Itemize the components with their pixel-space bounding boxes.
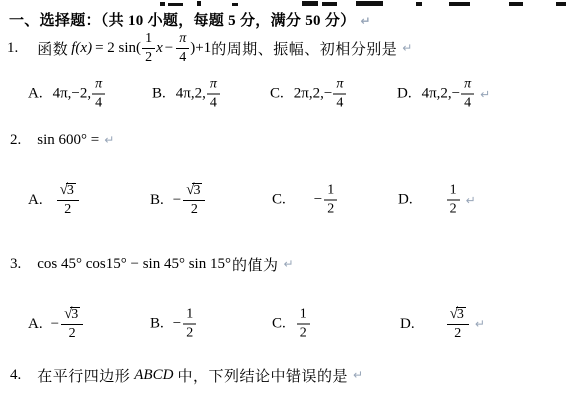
- fraction-one-half: 1 2: [324, 184, 337, 217]
- q2-option-c: C. − 1 2: [272, 184, 338, 217]
- question-1-post-text: 的周期、振幅、初相分别是: [211, 38, 397, 59]
- fraction-pi-fourth: π4: [461, 78, 474, 111]
- fraction-one-half: 1 2: [297, 308, 310, 341]
- question-4-number: 4.: [10, 367, 21, 384]
- paragraph-return-icon: ↵: [466, 193, 476, 207]
- question-3-stem: 3. cos 45° cos15° − sin 45° sin 15° 的值为 …: [10, 254, 294, 274]
- question-3-cn-text: 的值为: [232, 254, 279, 275]
- paragraph-return-icon: ↵: [480, 87, 490, 101]
- question-3-options: A. − √3 2 B. − 1 2 C. 1 2 D. √3: [0, 301, 576, 347]
- question-1-pre-text: 函数: [37, 38, 68, 59]
- question-2-stem: 2. sin 600° = ↵: [10, 131, 114, 149]
- q1-option-b: B. 4π,2, π4: [152, 78, 221, 111]
- fraction-sqrt3-over-2: √3 2: [61, 307, 83, 341]
- paragraph-return-icon: ↵: [475, 317, 485, 331]
- question-1-fx: f(x): [71, 40, 92, 57]
- question-1-tail: )+1: [190, 40, 211, 57]
- question-2-options: A. √3 2 B. − √3 2 C. − 1 2 D. 1: [0, 177, 576, 223]
- fraction-pi-fourth: π4: [207, 78, 220, 111]
- paragraph-return-icon: ↵: [353, 368, 363, 382]
- fraction-pi-fourth: π4: [92, 78, 105, 111]
- question-1-options: A. 4π,−2, π4 B. 4π,2, π4 C. 2π,2,− π4 D.…: [0, 75, 576, 113]
- fraction-bar: [142, 48, 155, 49]
- q2-option-d: D. 1 2 ↵: [398, 184, 476, 217]
- question-4-post-text: 中，下列结论中错误的是: [177, 365, 348, 386]
- fraction-one-half: 1 2: [447, 184, 460, 217]
- paragraph-return-icon: ↵: [402, 41, 412, 55]
- fraction-one-half: 1 2: [183, 308, 196, 341]
- section-heading: 一、选择题：（共 10 小题，每题 5 分，满分 50 分）↵: [9, 9, 371, 30]
- question-3-math: cos 45° cos15° − sin 45° sin 15°: [37, 256, 231, 273]
- q1-option-a: A. 4π,−2, π4: [28, 78, 106, 111]
- q3-option-a: A. − √3 2: [28, 307, 84, 341]
- question-2-text: sin 600° =: [37, 132, 99, 149]
- question-1-mid: = 2 sin(: [95, 40, 141, 57]
- option-value: 2π,2,−: [294, 86, 333, 103]
- q1-option-c: C. 2π,2,− π4: [270, 78, 347, 111]
- minus-sign: −: [314, 192, 322, 209]
- minus-sign: −: [173, 316, 181, 333]
- fraction-sqrt3-over-2: √3 2: [183, 183, 205, 217]
- minus-sign: −: [51, 316, 59, 333]
- fraction-sqrt3-over-2: √3 2: [57, 183, 79, 217]
- option-value: 4π,2,−: [422, 86, 461, 103]
- question-2-number: 2.: [10, 132, 21, 149]
- q3-option-d: D. √3 2 ↵: [400, 307, 485, 341]
- paragraph-return-icon: ↵: [104, 133, 114, 147]
- fraction-one-half: 1 2: [142, 32, 155, 65]
- q2-option-b: B. − √3 2: [150, 183, 206, 217]
- document-page: { "page": { "background": "#ffffff", "te…: [0, 0, 576, 399]
- fraction-bar: [176, 48, 189, 49]
- fraction-pi-fourth: π 4: [176, 32, 189, 65]
- q2-option-a: A. √3 2: [28, 183, 80, 217]
- paragraph-return-icon: ↵: [283, 257, 293, 271]
- question-4-var-abcd: ABCD: [134, 367, 173, 384]
- section-heading-text: 一、选择题：（共 10 小题，每题 5 分，满分 50 分）: [9, 13, 356, 29]
- option-value: 4π,−2,: [53, 86, 92, 103]
- option-value: 4π,2,: [176, 86, 206, 103]
- question-3-number: 3.: [10, 256, 21, 273]
- paragraph-return-icon: ↵: [361, 14, 371, 28]
- minus-sign: −: [165, 40, 173, 57]
- question-1-var-x: x: [156, 40, 163, 57]
- minus-sign: −: [173, 192, 181, 209]
- fraction-sqrt3-over-2: √3 2: [447, 307, 469, 341]
- q3-option-b: B. − 1 2: [150, 308, 197, 341]
- fraction-pi-fourth: π4: [333, 78, 346, 111]
- clipped-text-fragments: [0, 0, 576, 7]
- question-4-stem: 4. 在平行四边形 ABCD 中，下列结论中错误的是 ↵: [10, 365, 363, 385]
- question-1-number: 1.: [7, 40, 18, 57]
- question-1-stem: 1. 函数 f(x) = 2 sin( 1 2 x − π 4 )+1 的周期、…: [7, 32, 412, 64]
- q3-option-c: C. 1 2: [272, 308, 311, 341]
- question-4-pre-text: 在平行四边形: [37, 365, 130, 386]
- q1-option-d: D. 4π,2,− π4 ↵: [397, 78, 490, 111]
